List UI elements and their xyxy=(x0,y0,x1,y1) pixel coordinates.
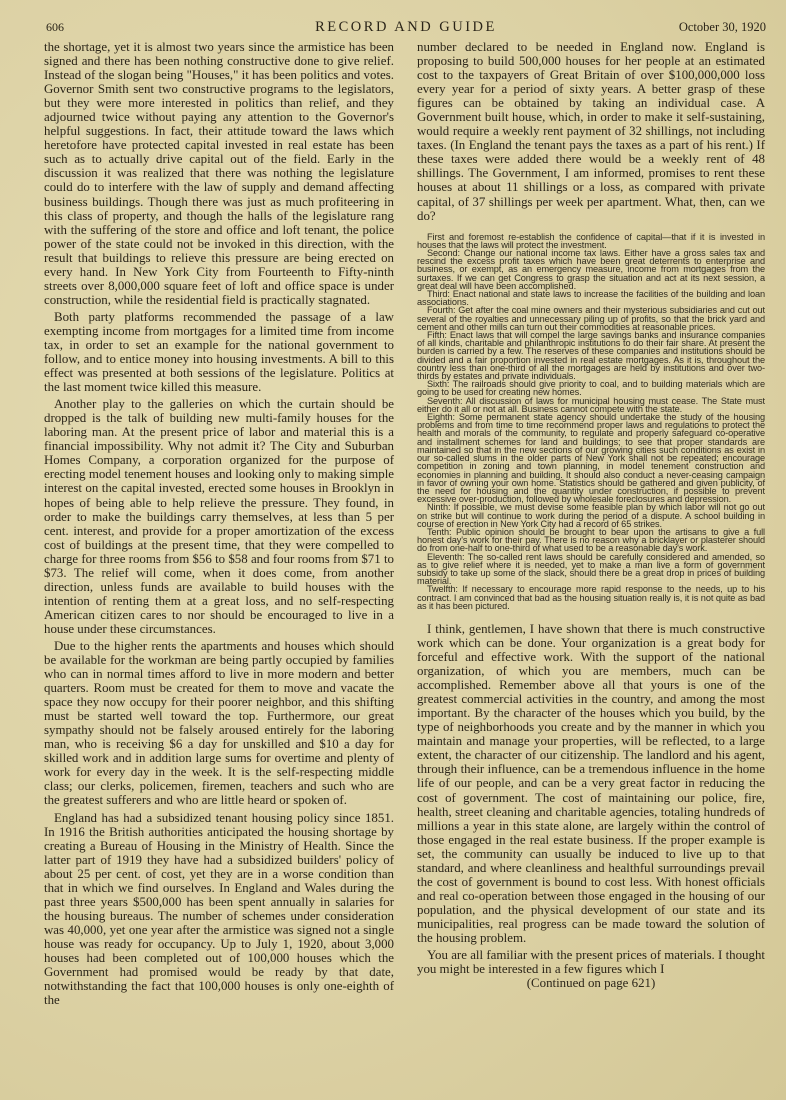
right-column: number declared to be needed in England … xyxy=(417,40,765,990)
paragraph: I think, gentlemen, I have shown that th… xyxy=(417,622,765,945)
recommendation-item: First and foremost re-establish the conf… xyxy=(417,233,765,249)
recommendation-item: Seventh: All discussion of laws for muni… xyxy=(417,397,765,413)
recommendation-item: Twelfth: If necessary to encourage more … xyxy=(417,585,765,610)
paragraph: the shortage, yet it is almost two years… xyxy=(44,40,394,307)
publication-title: RECORD AND GUIDE xyxy=(46,19,766,36)
page-header: 606 RECORD AND GUIDE October 30, 1920 xyxy=(46,20,766,40)
left-column: the shortage, yet it is almost two years… xyxy=(44,40,394,1007)
paragraph: You are all familiar with the present pr… xyxy=(417,948,765,976)
recommendation-item: Third: Enact national and state laws to … xyxy=(417,290,765,306)
paragraph: number declared to be needed in England … xyxy=(417,40,765,223)
recommendations-list: First and foremost re-establish the conf… xyxy=(417,233,765,610)
issue-date: October 30, 1920 xyxy=(679,20,766,35)
recommendation-item: Tenth: Public opinion should be brought … xyxy=(417,528,765,553)
paragraph: Due to the higher rents the apartments a… xyxy=(44,639,394,808)
recommendation-item: Eighth: Some permanent state agency shou… xyxy=(417,413,765,503)
recommendation-item: Second: Change our national income tax l… xyxy=(417,249,765,290)
paragraph: Both party platforms recommended the pas… xyxy=(44,310,394,394)
newspaper-page: 606 RECORD AND GUIDE October 30, 1920 th… xyxy=(0,0,786,1100)
recommendation-item: Ninth: If possible, we must devise some … xyxy=(417,503,765,528)
continuation-notice: (Continued on page 621) xyxy=(417,976,765,990)
recommendation-item: Fifth: Enact laws that will compel the l… xyxy=(417,331,765,380)
paragraph: England has had a subsidized tenant hous… xyxy=(44,811,394,1008)
paragraph: Another play to the galleries on which t… xyxy=(44,397,394,636)
recommendation-item: Fourth: Get after the coal mine owners a… xyxy=(417,306,765,331)
recommendation-item: Eleventh: The so-called rent laws should… xyxy=(417,553,765,586)
recommendation-item: Sixth: The railroads should give priorit… xyxy=(417,380,765,396)
